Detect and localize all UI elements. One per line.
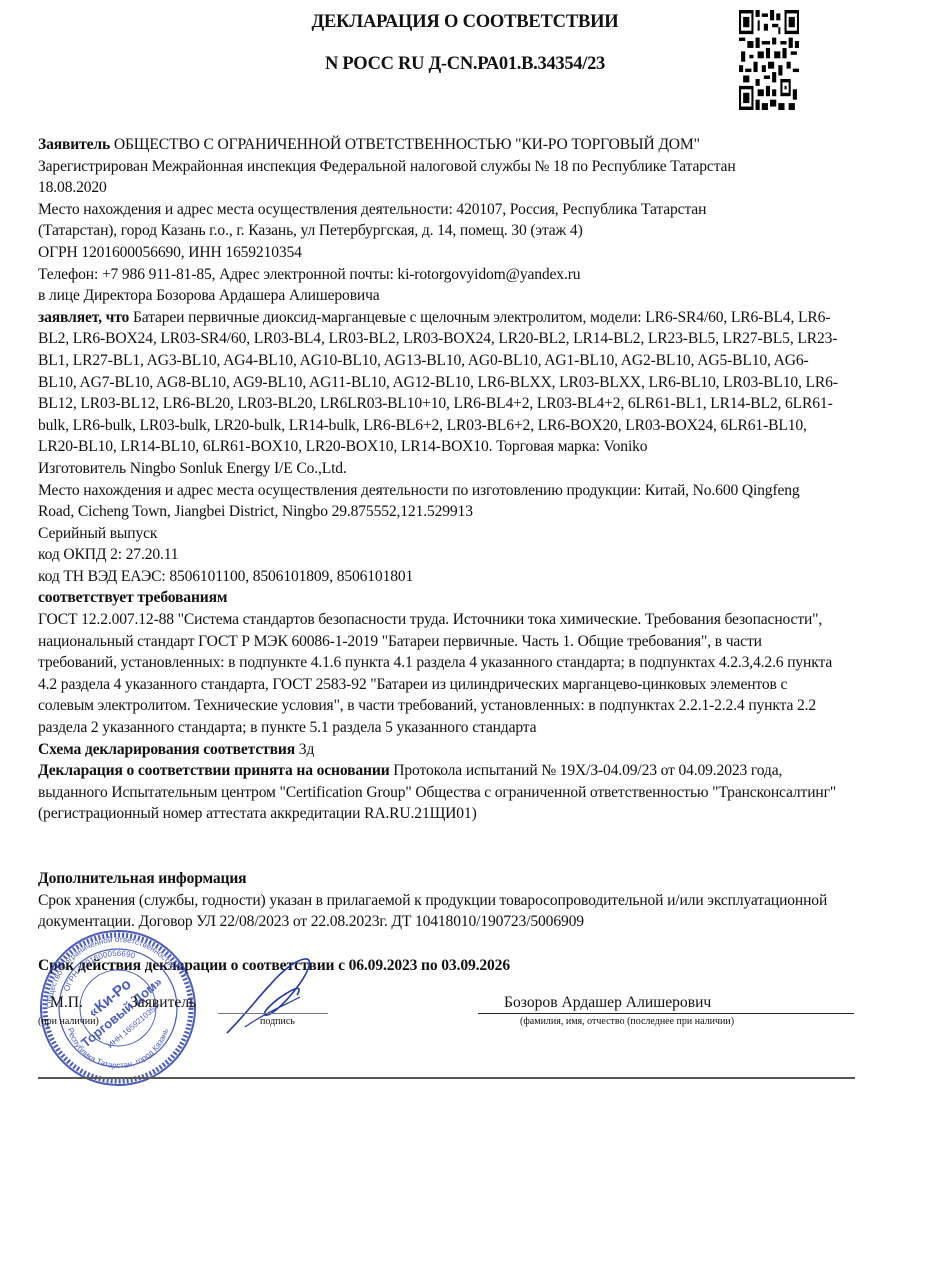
applicant-label: Заявитель bbox=[38, 136, 110, 153]
scheme-value: 3д bbox=[295, 741, 314, 758]
registration-info: Зарегистрирован Межрайонная инспекция Фе… bbox=[38, 156, 838, 178]
ogrn-inn: ОГРН 1201600056690, ИНН 1659210354 bbox=[38, 242, 838, 264]
name-note: (фамилия, имя, отчество (последнее при н… bbox=[520, 1016, 734, 1027]
manufacturer-address: Место нахождения и адрес места осуществл… bbox=[38, 480, 838, 523]
requirements-text: ГОСТ 12.2.007.12-88 "Система стандартов … bbox=[38, 609, 838, 739]
applicant-name: ОБЩЕСТВО С ОГРАНИЧЕННОЙ ОТВЕТСТВЕННОСТЬЮ… bbox=[110, 136, 700, 153]
applicant-address-1: Место нахождения и адрес места осуществл… bbox=[38, 199, 838, 221]
requirements-label: соответствует требованиям bbox=[38, 587, 838, 609]
manufacturer: Изготовитель Ningbo Sonluk Energy I/E Co… bbox=[38, 458, 838, 480]
signatory-name: Бозоров Ардашер Алишерович bbox=[504, 994, 711, 1012]
additional-info-label: Дополнительная информация bbox=[38, 868, 838, 890]
release-type: Серийный выпуск bbox=[38, 523, 838, 545]
signature-line bbox=[218, 1013, 328, 1014]
document-body: Заявитель ОБЩЕСТВО С ОГРАНИЧЕННОЙ ОТВЕТС… bbox=[38, 134, 838, 976]
applicant-sign-label: Заявитель bbox=[130, 994, 196, 1012]
represented-by: в лице Директора Бозорова Ардашера Алише… bbox=[38, 285, 838, 307]
declaration-statement: заявляет, что Батареи первичные диоксид-… bbox=[38, 307, 838, 458]
name-line bbox=[478, 1013, 854, 1014]
basis-line: Декларация о соответствии принята на осн… bbox=[38, 760, 838, 825]
scheme-label: Схема декларирования соответствия bbox=[38, 741, 295, 758]
registration-date: 18.08.2020 bbox=[38, 177, 838, 199]
scheme-line: Схема декларирования соответствия 3д bbox=[38, 739, 838, 761]
bottom-divider bbox=[38, 1077, 855, 1079]
applicant-address-2: (Татарстан), город Казань г.о., г. Казан… bbox=[38, 220, 838, 242]
basis-label: Декларация о соответствии принята на осн… bbox=[38, 762, 390, 779]
contacts: Телефон: +7 986 911-81-85, Адрес электро… bbox=[38, 264, 838, 286]
product-models: Батареи первичные диоксид-марганцевые с … bbox=[38, 309, 838, 456]
signature-block: М.П. (при наличии) Заявитель подпись Боз… bbox=[38, 994, 858, 1034]
tnved-code: код ТН ВЭД ЕАЭС: 8506101100, 8506101809,… bbox=[38, 566, 838, 588]
signature-note: подпись bbox=[260, 1016, 295, 1027]
additional-info-text: Срок хранения (службы, годности) указан … bbox=[38, 890, 838, 933]
okpd-code: код ОКПД 2: 27.20.11 bbox=[38, 544, 838, 566]
seal-label: М.П. bbox=[50, 994, 83, 1012]
applicant-line: Заявитель ОБЩЕСТВО С ОГРАНИЧЕННОЙ ОТВЕТС… bbox=[38, 134, 838, 156]
declares-label: заявляет, что bbox=[38, 309, 129, 326]
qr-code-icon bbox=[739, 10, 799, 110]
seal-note: (при наличии) bbox=[38, 1016, 99, 1027]
